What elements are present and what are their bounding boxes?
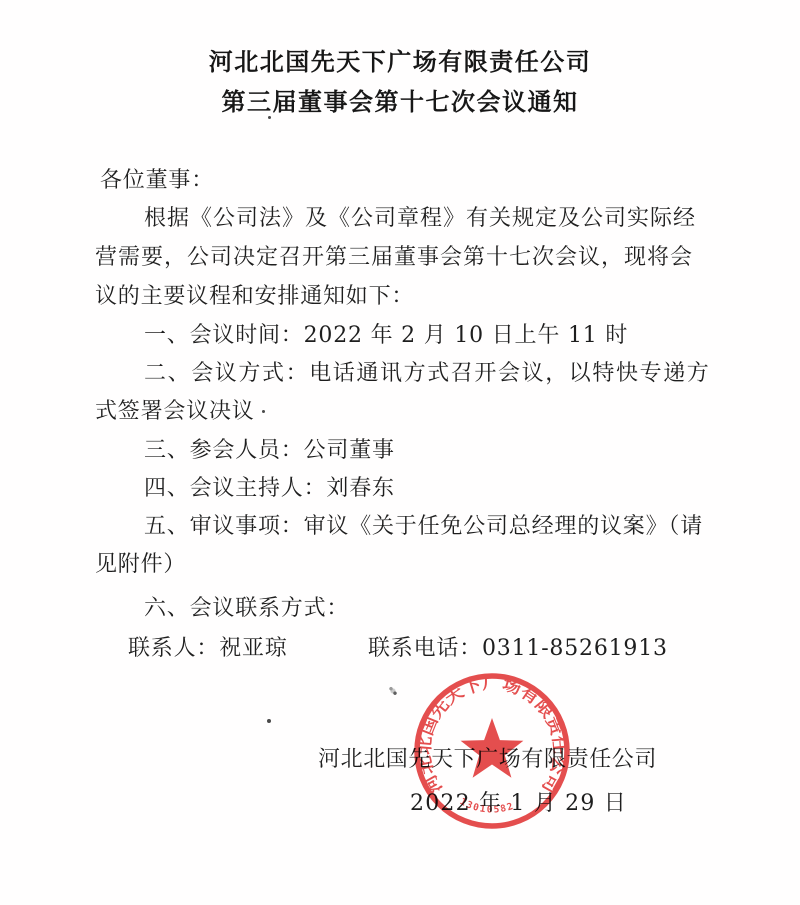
scan-speck [268, 116, 271, 119]
body-line-agenda: 五、审议事项：审议《关于任免公司总经理的议案》（请 [144, 509, 703, 540]
body-line-meeting-method: 二、会议方式：电话通讯方式召开会议，以特快专递方 [144, 356, 710, 387]
seal-star-icon [461, 718, 524, 778]
doc-title-meeting: 第三届董事会第十七次会议通知 [0, 82, 800, 117]
salutation-line: 各位董事： [100, 163, 214, 194]
scan-speck [262, 410, 265, 413]
body-line-contact-heading: 六、会议联系方式： [144, 591, 349, 622]
body-line: 见附件） [95, 547, 186, 578]
contact-phone: 联系电话：0311-85261913 [368, 631, 668, 662]
doc-title-company: 河北北国先天下广场有限责任公司 [0, 42, 800, 77]
scan-speck [267, 719, 271, 723]
body-line: 式签署会议决议 [95, 394, 255, 425]
body-line: 营需要，公司决定召开第三届董事会第十七次会议，现将会 [95, 240, 693, 271]
body-line-host: 四、会议主持人：刘春东 [144, 471, 395, 502]
seal-code-text: 13010582 [458, 796, 516, 815]
scan-smudge [388, 686, 398, 695]
body-line-meeting-time: 一、会议时间：2022 年 2 月 10 日上午 11 时 [144, 318, 628, 349]
contact-person: 联系人：祝亚琼 [128, 631, 288, 662]
seal-code-text-holder: 13010582 [458, 796, 516, 815]
body-line-attendees: 三、参会人员：公司董事 [144, 433, 395, 464]
body-line: 根据《公司法》及《公司章程》有关规定及公司实际经 [144, 201, 696, 232]
document-page: 河北北国先天下广场有限责任公司 第三届董事会第十七次会议通知 各位董事： 根据《… [0, 0, 800, 905]
company-seal-stamp: 河北北国先天下广场有限责任公司 13010582 [413, 672, 571, 830]
body-line: 议的主要议程和安排通知如下： [95, 279, 414, 310]
